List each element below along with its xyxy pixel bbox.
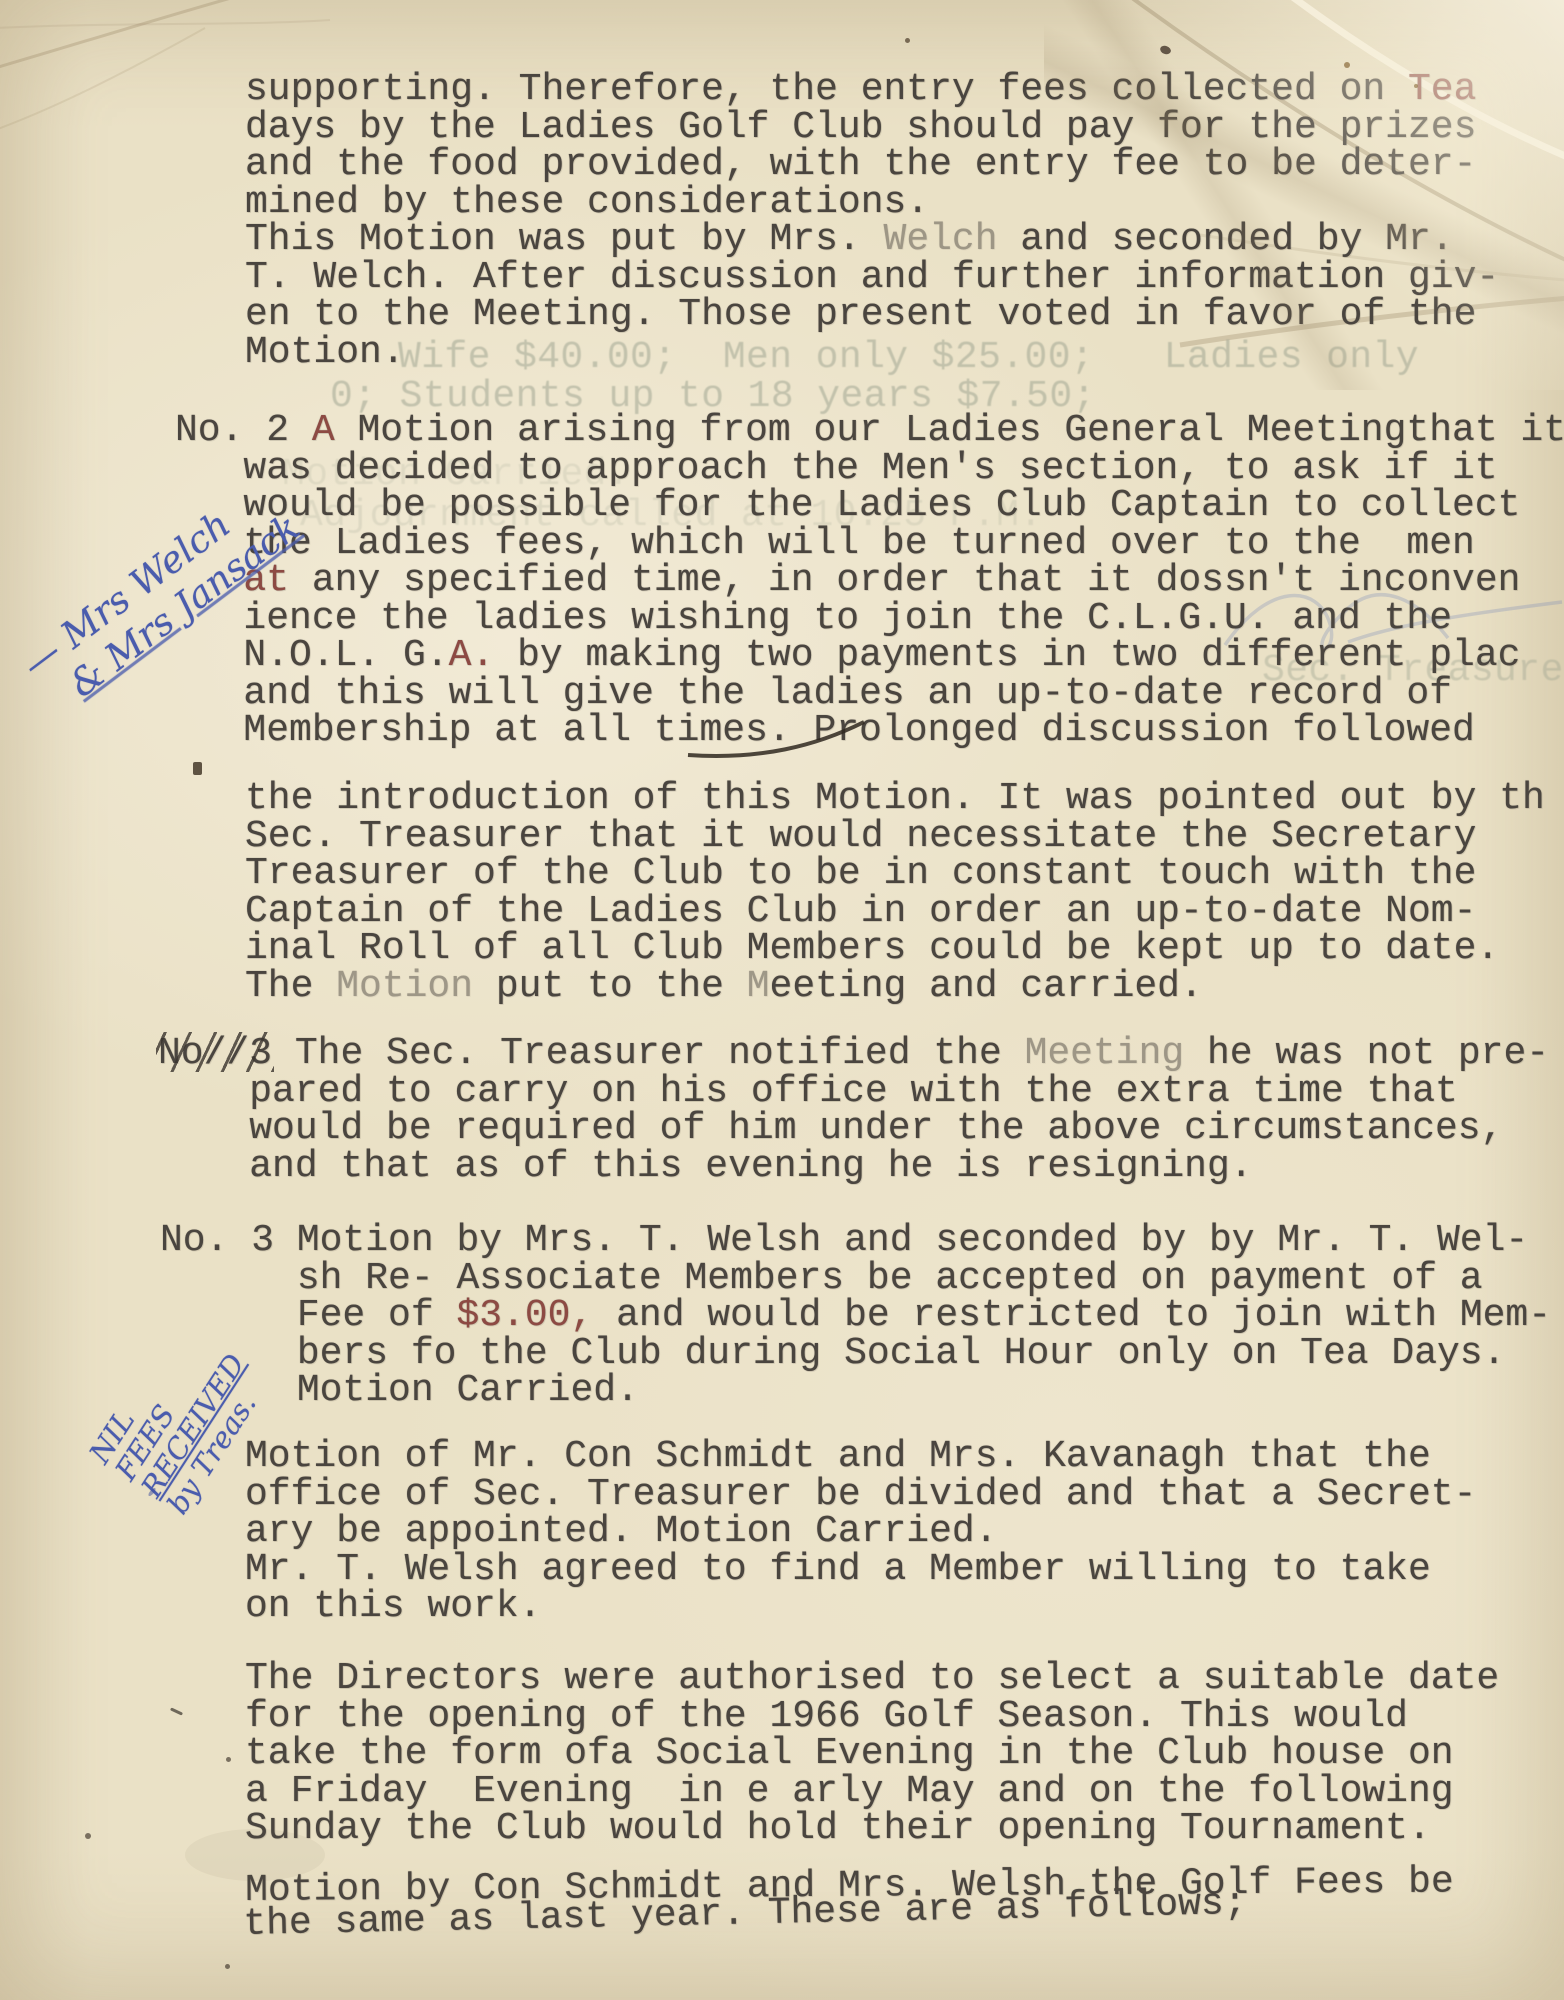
typed-line: supporting. Therefore, the entry fees co… (245, 71, 1499, 109)
typed-line: was decided to approach the Men's sectio… (175, 450, 1564, 488)
paper-speck (170, 1707, 183, 1715)
typed-line: for the opening of the 1966 Golf Season.… (245, 1698, 1499, 1736)
faded-text: Motion (336, 965, 473, 1008)
typed-line: No. 3 Motion by Mrs. T. Welsh and second… (160, 1222, 1551, 1260)
paper-speck (85, 1833, 91, 1839)
typed-line: The Directors were authorised to select … (245, 1660, 1499, 1698)
typed-paragraph: No. 2 A Motion arising from our Ladies G… (175, 412, 1564, 750)
typed-paragraph: supporting. Therefore, the entry fees co… (245, 71, 1499, 371)
faded-text: Welch (884, 218, 998, 261)
typed-line: the Ladies fees, which will be turned ov… (175, 525, 1564, 563)
typed-line: office of Sec. Treasurer be divided and … (245, 1476, 1476, 1514)
struck-out-label: No//3 (158, 1035, 272, 1073)
paper-speck (193, 762, 202, 775)
paper-speck (226, 1757, 231, 1762)
red-ribbon-text: $3.00, (456, 1294, 593, 1337)
paper-speck (225, 1964, 230, 1969)
typed-line: and that as of this evening he is resign… (158, 1148, 1549, 1186)
typed-line: and this will give the ladies an up-to-d… (175, 675, 1564, 713)
typed-line: Sunday the Club would hold their opening… (245, 1810, 1499, 1848)
typed-paragraph: Motion of Mr. Con Schmidt and Mrs. Kavan… (245, 1438, 1476, 1626)
typed-line: sh Re- Associate Members be accepted on … (160, 1260, 1551, 1298)
red-ribbon-text: A (312, 409, 335, 452)
typed-line: Motion of Mr. Con Schmidt and Mrs. Kavan… (245, 1438, 1476, 1476)
typed-line: Fee of $3.00, and would be restricted to… (160, 1297, 1551, 1335)
typed-paragraph: No. 3 Motion by Mrs. T. Welsh and second… (160, 1222, 1551, 1410)
typed-line: the introduction of this Motion. It was … (245, 780, 1545, 818)
typed-line: Treasurer of the Club to be in constant … (245, 855, 1545, 893)
typed-paragraph: the introduction of this Motion. It was … (245, 780, 1545, 1005)
typed-paragraph: The Directors were authorised to select … (245, 1660, 1499, 1848)
typed-line: This Motion was put by Mrs. Welch and se… (245, 221, 1499, 259)
typed-line: days by the Ladies Golf Club should pay … (245, 109, 1499, 147)
paper-speck (1159, 44, 1172, 55)
typed-line: Mr. T. Welsh agreed to find a Member wil… (245, 1551, 1476, 1589)
typed-line: a Friday Evening in e arly May and on th… (245, 1773, 1499, 1811)
typed-line: pared to carry on his office with the ex… (158, 1073, 1549, 1111)
scanned-document-page: Wife $40.00; Men only $25.00; Ladies onl… (0, 0, 1564, 2000)
typed-line: T. Welch. After discussion and further i… (245, 259, 1499, 297)
typed-line: would be required of him under the above… (158, 1110, 1549, 1148)
typed-line: at any specified time, in order that it … (175, 562, 1564, 600)
typed-line: and the food provided, with the entry fe… (245, 146, 1499, 184)
typed-line: Captain of the Ladies Club in order an u… (245, 893, 1545, 931)
typed-line: take the form ofa Social Evening in the … (245, 1735, 1499, 1773)
typed-line: N.O.L. G.A. by making two payments in tw… (175, 637, 1564, 675)
typed-paragraph: No//3 The Sec. Treasurer notified the Me… (158, 1035, 1549, 1185)
typed-line: Motion. (245, 334, 1499, 372)
paper-speck (905, 38, 910, 43)
typed-line: Sec. Treasurer that it would necessitate… (245, 818, 1545, 856)
typed-line: on this work. (245, 1588, 1476, 1626)
typed-line: The Motion put to the Meeting and carrie… (245, 968, 1545, 1006)
red-ribbon-text: A. (449, 634, 495, 677)
typed-line: bers fo the Club during Social Hour only… (160, 1335, 1551, 1373)
faded-text: Meeting (1025, 1032, 1185, 1075)
typed-line: ary be appointed. Motion Carried. (245, 1513, 1476, 1551)
typed-line: ience the ladies wishing to join the C.L… (175, 600, 1564, 638)
typed-line: en to the Meeting. Those present voted i… (245, 296, 1499, 334)
typed-line: Membership at all times. Prolonged discu… (175, 712, 1564, 750)
typed-line: No. 2 A Motion arising from our Ladies G… (175, 412, 1564, 450)
typed-line: would be possible for the Ladies Club Ca… (175, 487, 1564, 525)
red-ribbon-text: Tea (1408, 68, 1476, 111)
typed-line: mined by these considerations. (245, 184, 1499, 222)
faded-text: M (747, 965, 770, 1008)
typed-line: Motion Carried. (160, 1372, 1551, 1410)
typed-line: inal Roll of all Club Members could be k… (245, 930, 1545, 968)
typed-line: No//3 The Sec. Treasurer notified the Me… (158, 1035, 1549, 1073)
